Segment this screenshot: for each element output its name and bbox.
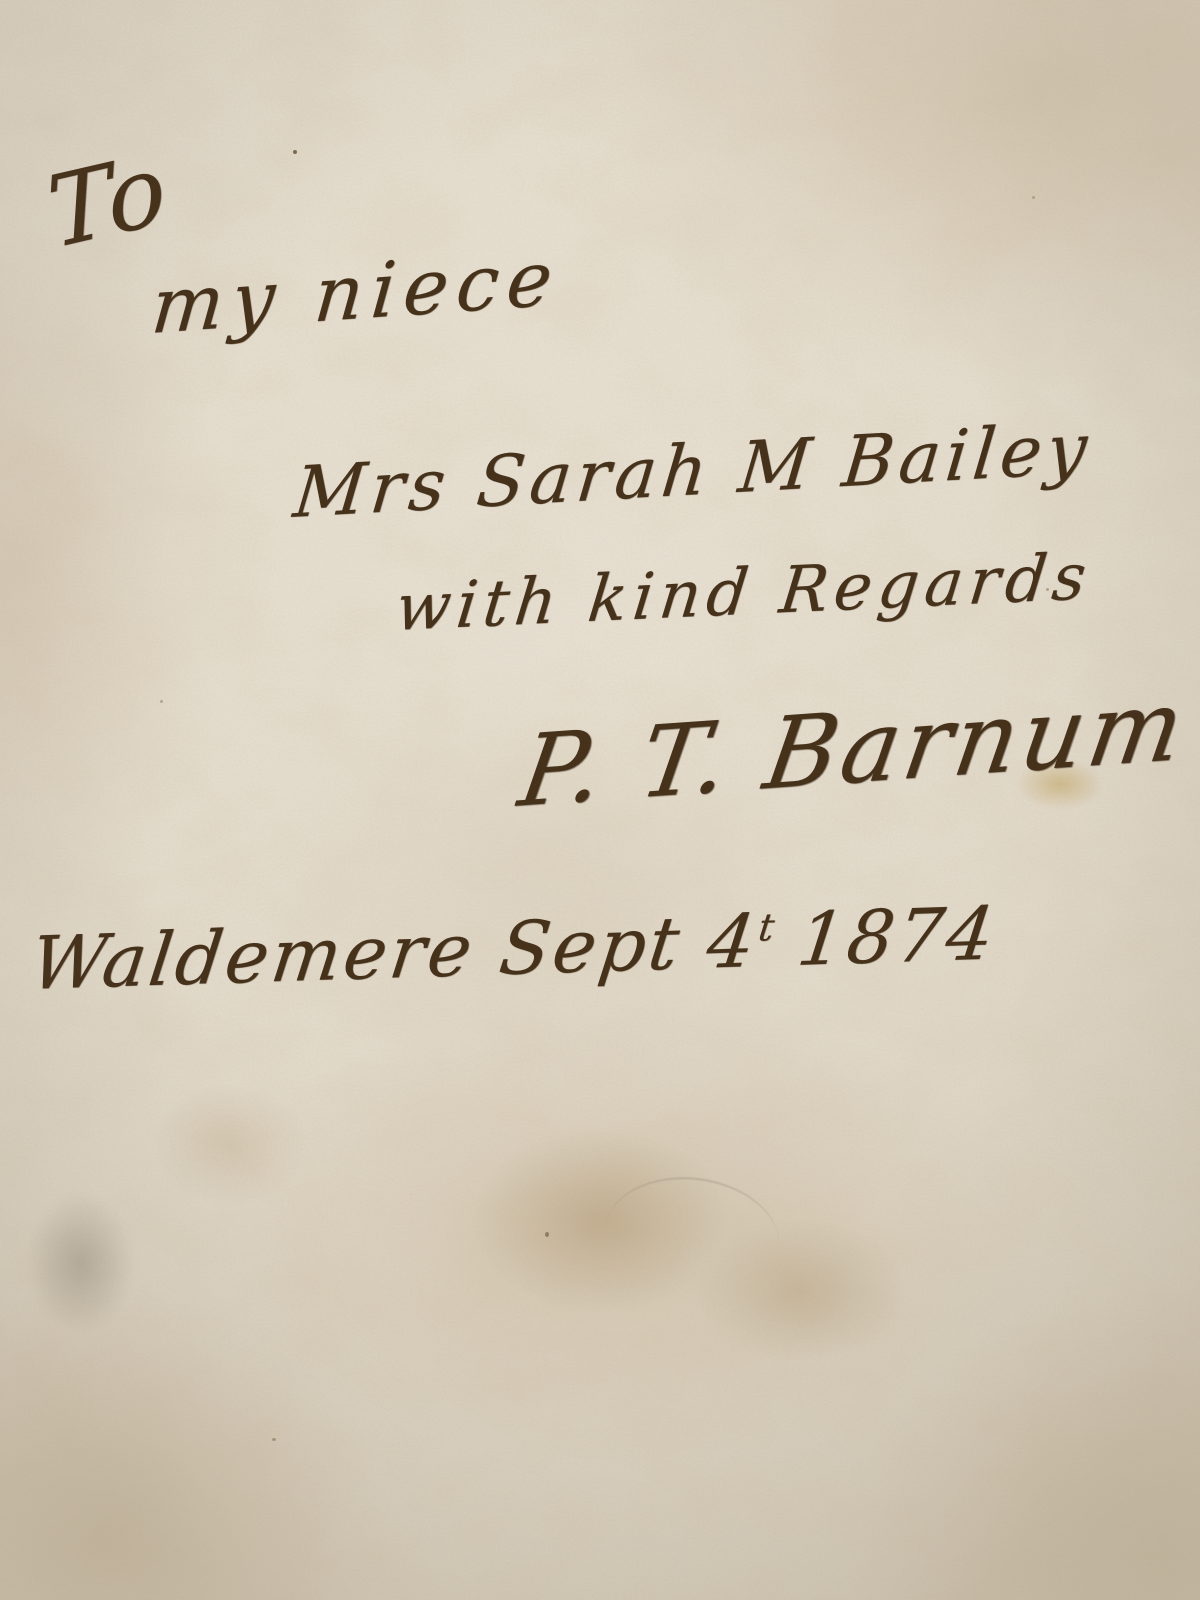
ink-speck bbox=[1032, 196, 1035, 199]
inscription-salutation: To bbox=[42, 131, 174, 272]
inscription-line-my-niece: my niece bbox=[148, 233, 564, 351]
inscription-photo: To my niece Mrs Sarah M Bailey with kind… bbox=[0, 0, 1200, 1600]
dateline-place: Waldemere bbox=[26, 908, 480, 1007]
inscription-recipient-name: Mrs Sarah M Bailey bbox=[290, 407, 1096, 534]
ink-speck bbox=[272, 1438, 276, 1441]
inscription-regards-line: with kind Regards bbox=[392, 540, 1096, 646]
word-gap bbox=[769, 965, 795, 966]
inscription-dateline: WaldemereSept 4t1874 bbox=[26, 891, 1001, 1007]
word-gap bbox=[471, 974, 497, 975]
ink-speck bbox=[545, 1232, 549, 1237]
graphite-smudge bbox=[6, 1168, 156, 1358]
dateline-month-day: Sept 4 bbox=[495, 899, 763, 992]
ink-speck bbox=[293, 150, 297, 154]
ink-speck bbox=[160, 700, 163, 703]
dateline-year: 1874 bbox=[793, 891, 1001, 983]
